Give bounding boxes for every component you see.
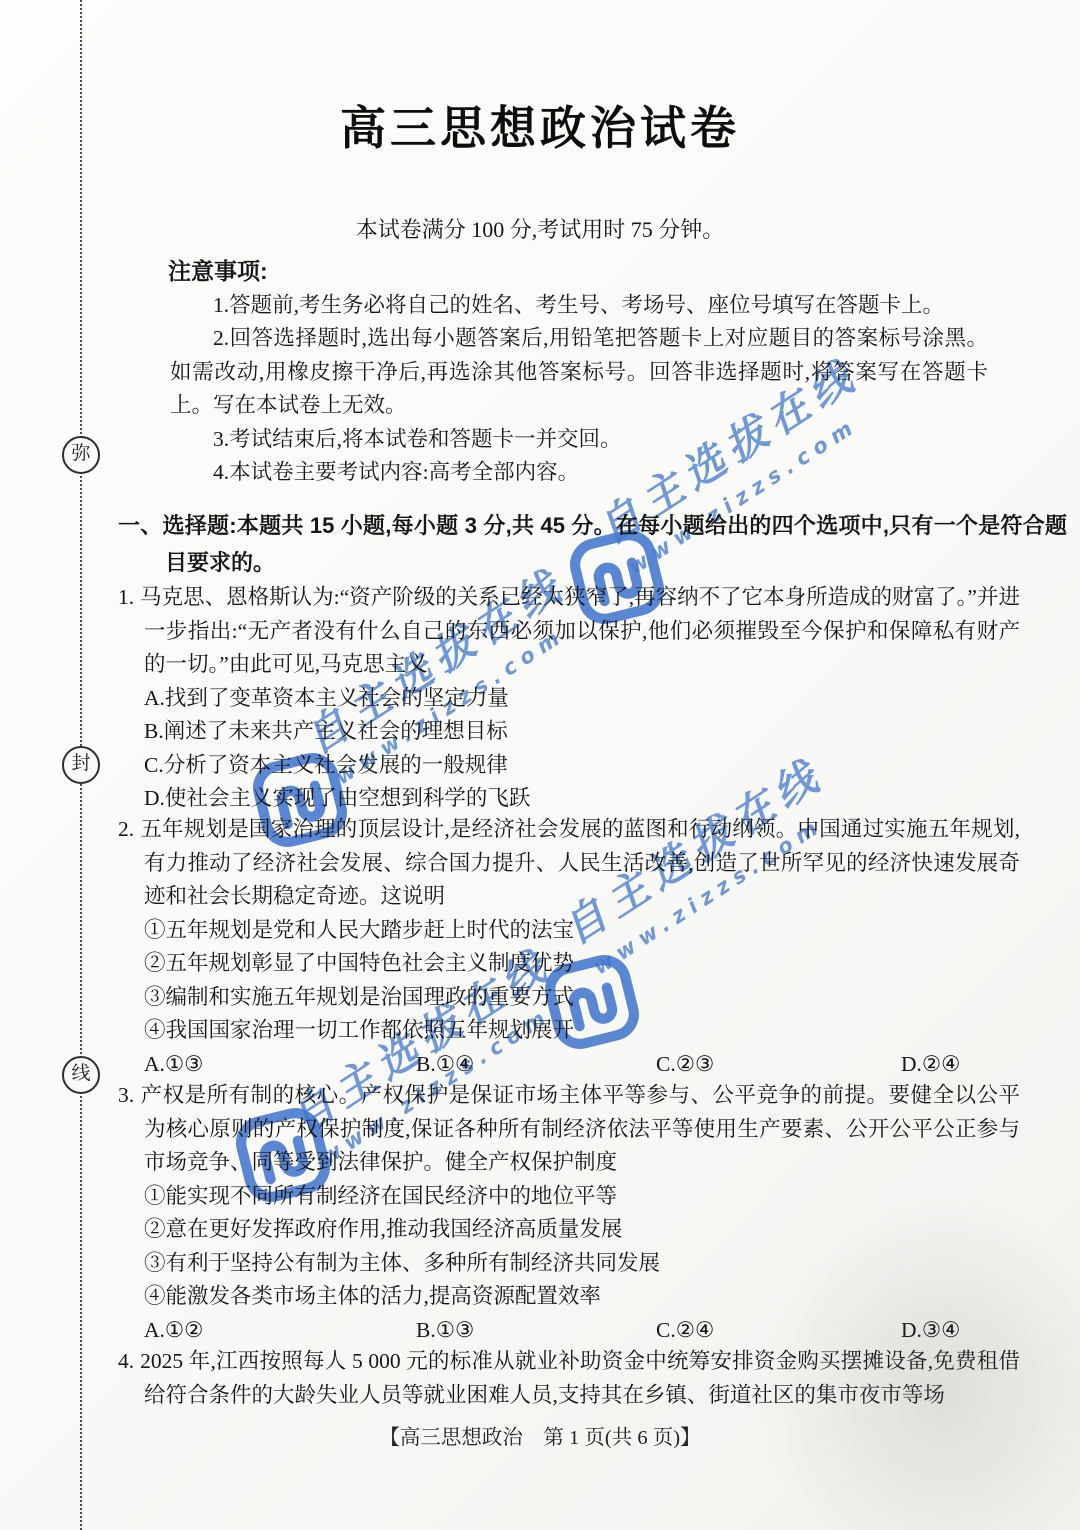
statement-1: ①能实现不同所有制经济在国民经济中的地位平等 bbox=[144, 1180, 1020, 1214]
option-c: C.分析了资本主义社会发展的一般规律 bbox=[144, 749, 1020, 783]
question-number: 2. bbox=[118, 817, 140, 841]
notes-item-4: 4.本试卷主要考试内容:高考全部内容。 bbox=[170, 456, 988, 490]
question-text: 产权是所有制的核心。产权保护是保证市场主体平等参与、公平竞争的前提。要健全以公平… bbox=[140, 1083, 1020, 1174]
option-c: C.②③ bbox=[656, 1048, 901, 1082]
question-3: 3.产权是所有制的核心。产权保护是保证市场主体平等参与、公平竞争的前提。要健全以… bbox=[118, 1079, 1020, 1347]
question-1: 1.马克思、恩格斯认为:“资产阶级的关系已经太狭窄了,再容纳不了它本身所造成的财… bbox=[118, 581, 1020, 816]
question-stem: 3.产权是所有制的核心。产权保护是保证市场主体平等参与、公平竞争的前提。要健全以… bbox=[118, 1079, 1020, 1180]
page-footer: 【高三思想政治 第 1 页(共 6 页)】 bbox=[0, 1420, 1080, 1450]
statement-1: ①五年规划是党和人民大踏步赶上时代的法宝 bbox=[144, 914, 1020, 948]
option-a: A.找到了变革资本主义社会的坚定力量 bbox=[144, 682, 1020, 716]
option-d: D.使社会主义实现了由空想到科学的飞跃 bbox=[144, 782, 1020, 816]
notes-item-3: 3.考试结束后,将本试卷和答题卡一并交回。 bbox=[170, 423, 988, 457]
option-a: A.①③ bbox=[144, 1048, 416, 1082]
option-b: B.①④ bbox=[416, 1048, 656, 1082]
question-stem: 2.五年规划是国家治理的顶层设计,是经济社会发展的蓝图和行动纲领。中国通过实施五… bbox=[118, 813, 1020, 914]
options-row: A.①② B.①③ C.②④ D.③④ bbox=[144, 1314, 1020, 1348]
question-number: 4. bbox=[118, 1349, 140, 1373]
exam-subtitle: 本试卷满分 100 分,考试用时 75 分钟。 bbox=[0, 213, 1080, 244]
option-b: B.阐述了未来共产主义社会的理想目标 bbox=[144, 715, 1020, 749]
option-d: D.②④ bbox=[901, 1048, 1020, 1082]
statement-4: ④我国国家治理一切工作都依照五年规划展开 bbox=[144, 1014, 1020, 1048]
notes-heading: 注意事项: bbox=[168, 255, 988, 289]
seal-char-feng: 封 bbox=[62, 746, 100, 784]
notes-item-1: 1.答题前,考生务必将自己的姓名、考生号、考场号、座位号填写在答题卡上。 bbox=[170, 289, 988, 323]
question-number: 3. bbox=[118, 1083, 140, 1107]
question-4: 4.2025 年,江西按照每人 5 000 元的标准从就业补助资金中统筹安排资金… bbox=[118, 1345, 1020, 1412]
options-row: A.①③ B.①④ C.②③ D.②④ bbox=[144, 1048, 1020, 1082]
question-2: 2.五年规划是国家治理的顶层设计,是经济社会发展的蓝图和行动纲领。中国通过实施五… bbox=[118, 813, 1020, 1081]
option-b: B.①③ bbox=[416, 1314, 656, 1348]
statement-3: ③编制和实施五年规划是治国理政的重要方式 bbox=[144, 981, 1020, 1015]
seal-char-mi: 弥 bbox=[62, 436, 100, 474]
notes-section: 注意事项: 1.答题前,考生务必将自己的姓名、考生号、考场号、座位号填写在答题卡… bbox=[170, 255, 988, 490]
option-a: A.①② bbox=[144, 1314, 416, 1348]
statement-3: ③有利于坚持公有制为主体、多种所有制经济共同发展 bbox=[144, 1247, 1020, 1281]
notes-item-2: 2.回答选择题时,选出每小题答案后,用铅笔把答题卡上对应题目的答案标号涂黑。如需… bbox=[170, 322, 988, 423]
question-text: 马克思、恩格斯认为:“资产阶级的关系已经太狭窄了,再容纳不了它本身所造成的财富了… bbox=[140, 585, 1020, 676]
question-stem: 1.马克思、恩格斯认为:“资产阶级的关系已经太狭窄了,再容纳不了它本身所造成的财… bbox=[118, 581, 1020, 682]
section-heading: 一、选择题:本题共 15 小题,每小题 3 分,共 45 分。在每小题给出的四个… bbox=[118, 507, 1067, 581]
question-number: 1. bbox=[118, 585, 140, 609]
statement-4: ④能激发各类市场主体的活力,提高资源配置效率 bbox=[144, 1280, 1020, 1314]
question-text: 五年规划是国家治理的顶层设计,是经济社会发展的蓝图和行动纲领。中国通过实施五年规… bbox=[140, 817, 1020, 908]
seal-char-xian: 线 bbox=[62, 1056, 100, 1094]
statement-2: ②意在更好发挥政府作用,推动我国经济高质量发展 bbox=[144, 1213, 1020, 1247]
exam-paper-page: 弥 封 线 自主选拔在线 www.zizzs.com 自主选拔在线 www.zi… bbox=[0, 0, 1080, 1530]
option-c: C.②④ bbox=[656, 1314, 901, 1348]
option-d: D.③④ bbox=[901, 1314, 1020, 1348]
statement-2: ②五年规划彰显了中国特色社会主义制度优势 bbox=[144, 947, 1020, 981]
page-title: 高三思想政治试卷 bbox=[0, 92, 1080, 158]
question-text: 2025 年,江西按照每人 5 000 元的标准从就业补助资金中统筹安排资金购买… bbox=[140, 1349, 1020, 1407]
question-stem: 4.2025 年,江西按照每人 5 000 元的标准从就业补助资金中统筹安排资金… bbox=[118, 1345, 1020, 1412]
